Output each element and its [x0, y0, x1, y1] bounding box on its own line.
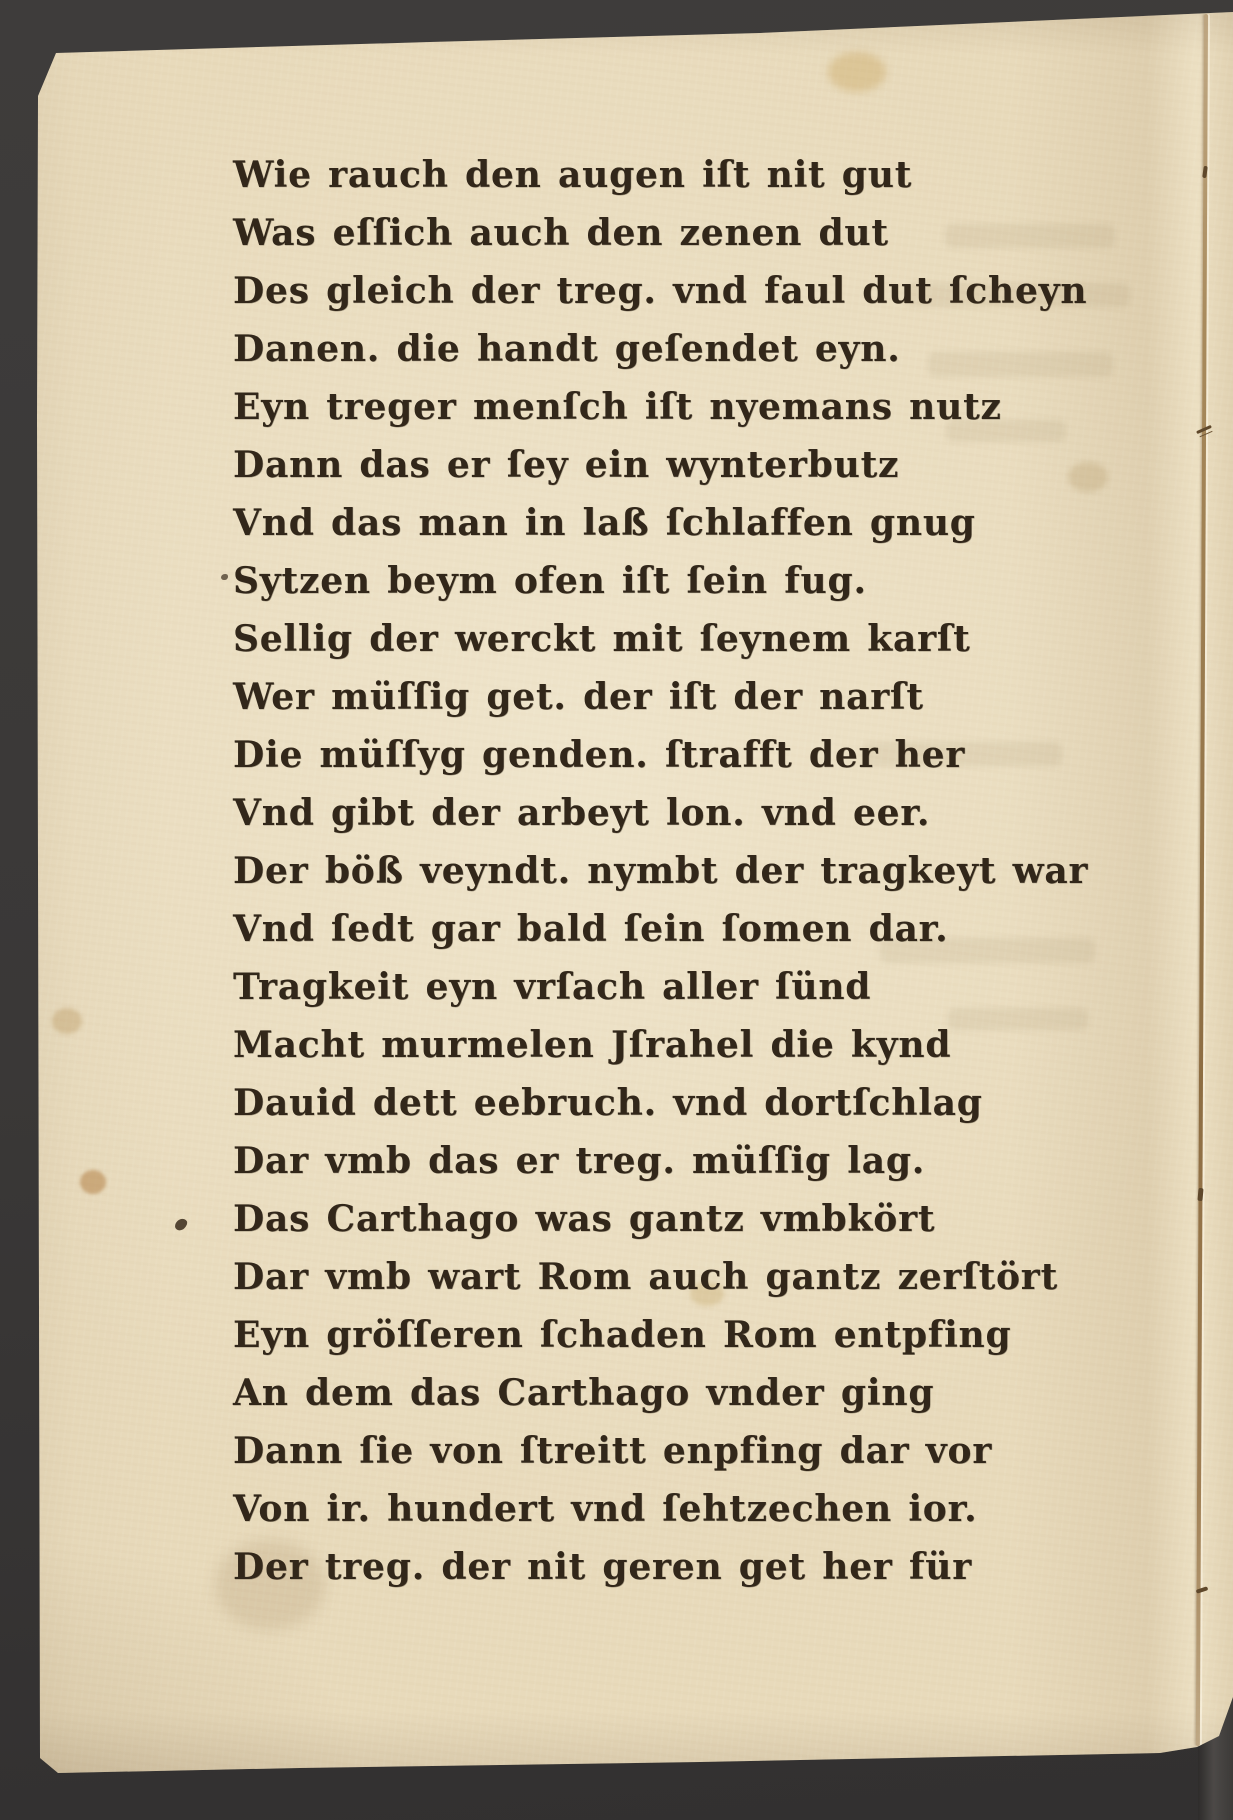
poem-line: Macht murmelen Jſrahel die kynd	[233, 1016, 1133, 1074]
poem-line: Tragkeit eyn vrſach aller ſünd	[233, 958, 1133, 1016]
poem-line: Dann das er ſey ein wynterbutz	[233, 436, 1133, 494]
stain	[52, 1008, 82, 1034]
poem-line: Sellig der werckt mit ſeynem karſt	[233, 610, 1133, 668]
poem-line: Danen. die handt geſendet eyn.	[233, 320, 1133, 378]
poem-line: An dem das Carthago vnder ging	[233, 1364, 1133, 1422]
poem-line: Der treg. der nit geren get her für	[233, 1538, 1133, 1596]
stitch-mark	[1197, 1188, 1203, 1201]
poem-line: Was eſſich auch den zenen dut	[233, 204, 1133, 262]
stain	[80, 1170, 106, 1194]
poem-line: Das Carthago was gantz vmbkört	[233, 1190, 1133, 1248]
ink-fleck	[221, 574, 228, 580]
scan-backdrop: Wie rauch den augen iſt nit gutWas eſſic…	[0, 0, 1233, 1820]
poem-line: Vnd ſedt gar bald ſein ſomen dar.	[233, 900, 1133, 958]
poem-line: Vnd das man in laß ſchlaffen gnug	[233, 494, 1133, 552]
poem-line: Vnd gibt der arbeyt lon. vnd eer.	[233, 784, 1133, 842]
stain	[828, 52, 886, 92]
binding-seam	[1196, 14, 1208, 1746]
poem-line: Die müſſyg genden. ſtrafft der her	[233, 726, 1133, 784]
poem-line: Dar vmb wart Rom auch gantz zerſtört	[233, 1248, 1133, 1306]
ink-fleck	[173, 1216, 189, 1232]
poem-line: Sytzen beym ofen iſt ſein fug.	[233, 552, 1133, 610]
poem-line: Des gleich der treg. vnd faul dut ſcheyn	[233, 262, 1133, 320]
poem-line: Dann ſie von ſtreitt enpfing dar vor	[233, 1422, 1133, 1480]
poem-line: Wer müſſig get. der iſt der narſt	[233, 668, 1133, 726]
poem-line: Eyn gröſſeren ſchaden Rom entpfing	[233, 1306, 1133, 1364]
poem-line: Der böß veyndt. nymbt der tragkeyt war	[233, 842, 1133, 900]
book-page: Wie rauch den augen iſt nit gutWas eſſic…	[0, 0, 1233, 1820]
poem-line: Eyn treger menſch iſt nyemans nutz	[233, 378, 1133, 436]
poem-text-block: Wie rauch den augen iſt nit gutWas eſſic…	[233, 146, 1133, 1596]
poem-line: Dar vmb das er treg. müſſig lag.	[233, 1132, 1133, 1190]
poem-line: Von ir. hundert vnd ſehtzechen ior.	[233, 1480, 1133, 1538]
poem-line: Wie rauch den augen iſt nit gut	[233, 146, 1133, 204]
poem-line: Dauid dett eebruch. vnd dortſchlag	[233, 1074, 1133, 1132]
